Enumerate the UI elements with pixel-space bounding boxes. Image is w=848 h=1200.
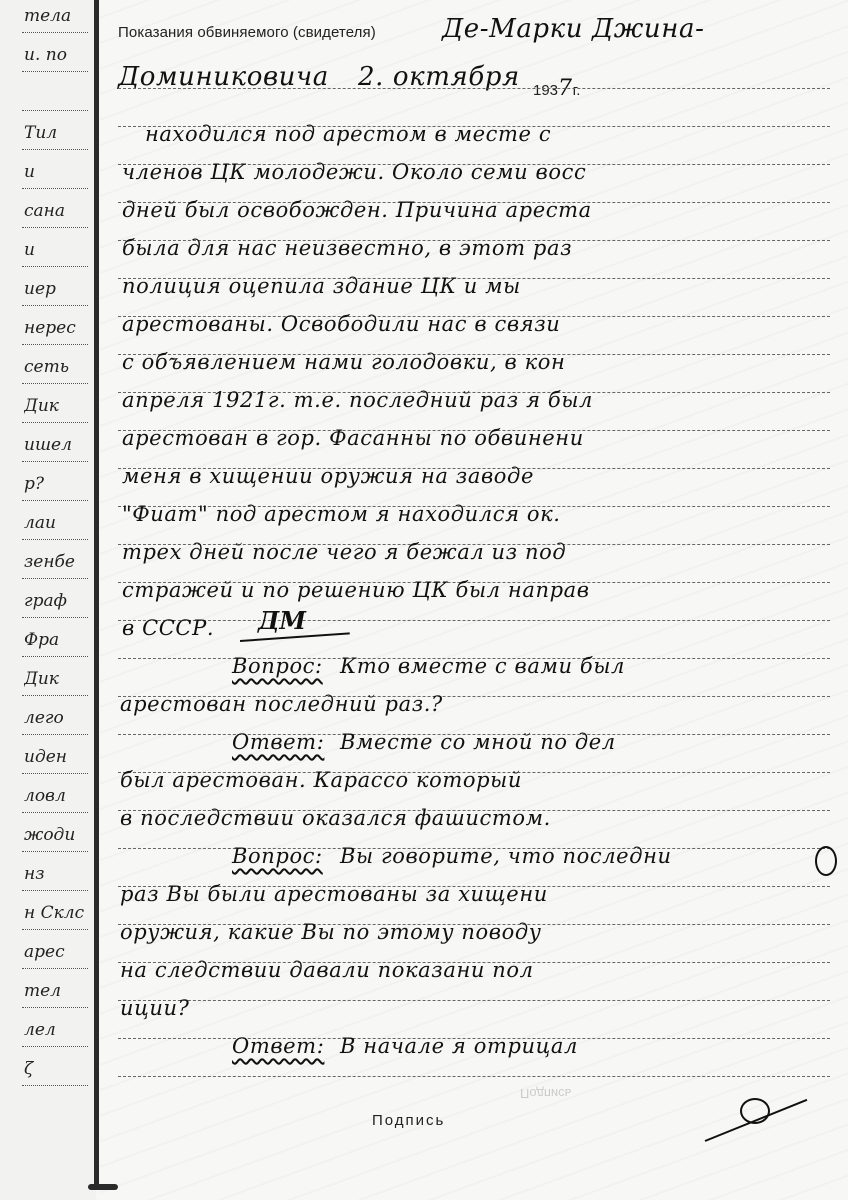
previous-page-rule — [22, 851, 88, 852]
previous-page-fragment: граф — [24, 591, 94, 611]
qa-line: в последствии оказался фашистом. — [120, 806, 551, 830]
ruled-line — [118, 1076, 830, 1077]
previous-page-rule — [22, 695, 88, 696]
testimony-line: полиция оцепила здание ЦК и мы — [122, 274, 521, 298]
testimony-line: меня в хищении оружия на заводе — [122, 464, 534, 488]
previous-page-rule — [22, 656, 88, 657]
testimony-line: арестован в гор. Фасанны по обвинени — [122, 426, 584, 450]
previous-page-fragment: тел — [24, 981, 94, 1001]
previous-page-rule — [22, 110, 88, 111]
previous-page-fragment: Фра — [24, 630, 94, 650]
testimony-line: с объявлением нами голодовки, в кон — [122, 350, 565, 374]
previous-page-rule — [22, 227, 88, 228]
previous-page-rule — [22, 500, 88, 501]
previous-page-fragment: Дик — [24, 669, 94, 689]
testimony-line: дней был освобожден. Причина ареста — [122, 198, 592, 222]
previous-page-rule — [22, 1007, 88, 1008]
previous-page-rule — [22, 890, 88, 891]
previous-page-fragment: иден — [24, 747, 94, 767]
answer-label: Ответ: — [232, 1034, 324, 1058]
previous-page-rule — [22, 383, 88, 384]
question-label: Вопрос: — [232, 844, 323, 868]
qa-line: арестован последний раз.? — [120, 692, 443, 716]
previous-page-rule — [22, 929, 88, 930]
previous-page-fragment: и — [24, 240, 94, 260]
previous-page-rule — [22, 71, 88, 72]
previous-page-fragment: лел — [24, 1020, 94, 1040]
previous-page-rule — [22, 812, 88, 813]
testimony-line: находился под арестом в месте с — [145, 122, 551, 146]
previous-page-rule — [22, 422, 88, 423]
testimony-line: в СССР. — [122, 616, 214, 640]
form-header: Показания обвиняемого (свидетеля) — [118, 24, 376, 41]
date-suffix: г. — [573, 82, 581, 99]
qa-line: был арестован. Карассо который — [120, 768, 522, 792]
page-binding-foot — [88, 1184, 118, 1190]
ruled-line — [118, 88, 830, 89]
qa-line: иции? — [120, 996, 190, 1020]
previous-page-rule — [22, 617, 88, 618]
previous-page-fragment: лего — [24, 708, 94, 728]
testimony-line: трех дней после чего я бежал из под — [122, 540, 566, 564]
previous-page-fragment: арес — [24, 942, 94, 962]
qa-line: Вместе со мной по дел — [340, 730, 616, 754]
previous-page-fragment: тела — [24, 6, 94, 26]
question-label: Вопрос: — [232, 654, 323, 678]
qa-line: оружия, какие Вы по этому поводу — [120, 920, 542, 944]
page-binding-line — [94, 0, 99, 1190]
ruled-line — [118, 620, 830, 621]
previous-page-fragment: и. по — [24, 45, 94, 65]
previous-page-fragment: ишел — [24, 435, 94, 455]
previous-page-fragment: ζ — [24, 1059, 94, 1079]
previous-page-rule — [22, 266, 88, 267]
previous-page-fragment: Тил — [24, 123, 94, 143]
qa-line: раз Вы были арестованы за хищени — [120, 882, 548, 906]
previous-page-fragment: жоди — [24, 825, 94, 845]
previous-page-rule — [22, 1046, 88, 1047]
previous-page-fragment: иер — [24, 279, 94, 299]
previous-page-fragment: сеть — [24, 357, 94, 377]
previous-page-rule — [22, 461, 88, 462]
previous-page-rule — [22, 734, 88, 735]
qa-line: Вы говорите, что последни — [340, 844, 672, 868]
previous-page-fragment: зенбе — [24, 552, 94, 572]
ruled-line — [118, 1000, 830, 1001]
previous-page-rule — [22, 149, 88, 150]
previous-page-fragment: нз — [24, 864, 94, 884]
previous-page-rule — [22, 773, 88, 774]
initials-mark: ДМ — [258, 606, 306, 635]
previous-page-rule — [22, 968, 88, 969]
previous-page-edge: телаи. поТилисанаииернерессетьДикишелр?л… — [0, 0, 96, 1200]
date-year-printed: 193 — [533, 82, 558, 99]
previous-page-fragment: Дик — [24, 396, 94, 416]
answer-label: Ответ: — [232, 730, 324, 754]
previous-page-fragment: сана — [24, 201, 94, 221]
previous-page-rule — [22, 578, 88, 579]
previous-page-rule — [22, 1085, 88, 1086]
testimony-line: апреля 1921г. т.е. последний раз я был — [122, 388, 593, 412]
testimony-line: арестованы. Освободили нас в связи — [122, 312, 560, 336]
previous-page-rule — [22, 32, 88, 33]
previous-page-rule — [22, 188, 88, 189]
previous-page-rule — [22, 305, 88, 306]
qa-line: В начале я отрицал — [340, 1034, 578, 1058]
ghost-signature-label: Подпись — [520, 1086, 571, 1101]
previous-page-rule — [22, 344, 88, 345]
testimony-line: стражей и по решению ЦК был направ — [122, 578, 590, 602]
document-page: телаи. поТилисанаииернерессетьДикишелр?л… — [0, 0, 848, 1200]
testimony-line: была для нас неизвестно, в этот раз — [122, 236, 572, 260]
testimony-line: членов ЦК молодежи. Около семи восс — [122, 160, 586, 184]
previous-page-fragment: н Склс — [24, 903, 94, 923]
signature-label: Подпись — [372, 1112, 445, 1129]
previous-page-fragment: нерес — [24, 318, 94, 338]
qa-line: Кто вместе с вами был — [340, 654, 625, 678]
margin-initial-circle — [815, 846, 837, 876]
previous-page-fragment: и — [24, 162, 94, 182]
previous-page-fragment: р? — [24, 474, 94, 494]
testimony-line: "Фиат" под арестом я находился ок. — [122, 502, 561, 526]
previous-page-fragment: лаи — [24, 513, 94, 533]
qa-line: на следствии давали показани пол — [120, 958, 534, 982]
previous-page-rule — [22, 539, 88, 540]
witness-name-line1: Де-Марки Джина- — [442, 14, 704, 44]
previous-page-fragment: ловл — [24, 786, 94, 806]
